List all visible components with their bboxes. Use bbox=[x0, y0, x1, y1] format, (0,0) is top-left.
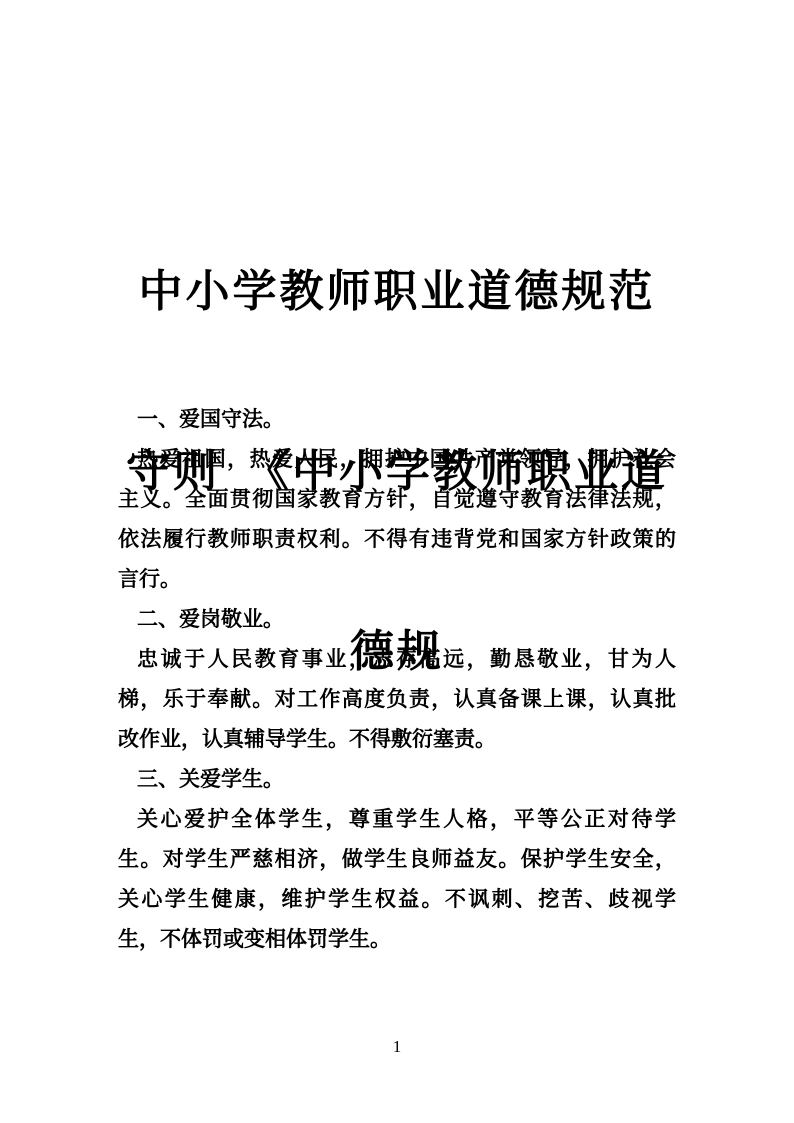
document-body: 一、爱国守法。 热爱祖国，热爱人民，拥护中国共产党领导，拥护社会 主义。全面贯彻… bbox=[118, 399, 676, 959]
title-line: 中小学教师职业道德规范 bbox=[0, 262, 794, 322]
body-line: 热爱祖国，热爱人民，拥护中国共产党领导，拥护社会 bbox=[118, 439, 676, 479]
page-footer: 1 bbox=[0, 1036, 794, 1058]
body-line: 生。对学生严慈相济，做学生良师益友。保护学生安全， bbox=[118, 839, 676, 879]
body-line: 生，不体罚或变相体罚学生。 bbox=[118, 919, 676, 959]
body-line: 关心爱护全体学生，尊重学生人格，平等公正对待学 bbox=[118, 799, 676, 839]
body-line: 梯，乐于奉献。对工作高度负责，认真备课上课，认真批 bbox=[118, 679, 676, 719]
body-line: 忠诚于人民教育事业，志存高远，勤恳敬业，甘为人 bbox=[118, 639, 676, 679]
body-line: 言行。 bbox=[118, 559, 676, 599]
body-line: 二、爱岗敬业。 bbox=[118, 599, 676, 639]
body-line: 依法履行教师职责权利。不得有违背党和国家方针政策的 bbox=[118, 519, 676, 559]
document-page: 中小学教师职业道德规范 守则 《中小学教师职业道 德规 一、爱国守法。 热爱祖国… bbox=[0, 0, 794, 1123]
body-line: 一、爱国守法。 bbox=[118, 399, 676, 439]
body-line: 主义。全面贯彻国家教育方针，自觉遵守教育法律法规， bbox=[118, 479, 676, 519]
body-line: 关心学生健康，维护学生权益。不讽刺、挖苦、歧视学 bbox=[118, 879, 676, 919]
page-number: 1 bbox=[393, 1037, 402, 1056]
body-line: 改作业，认真辅导学生。不得敷衍塞责。 bbox=[118, 719, 676, 759]
body-line: 三、关爱学生。 bbox=[118, 759, 676, 799]
